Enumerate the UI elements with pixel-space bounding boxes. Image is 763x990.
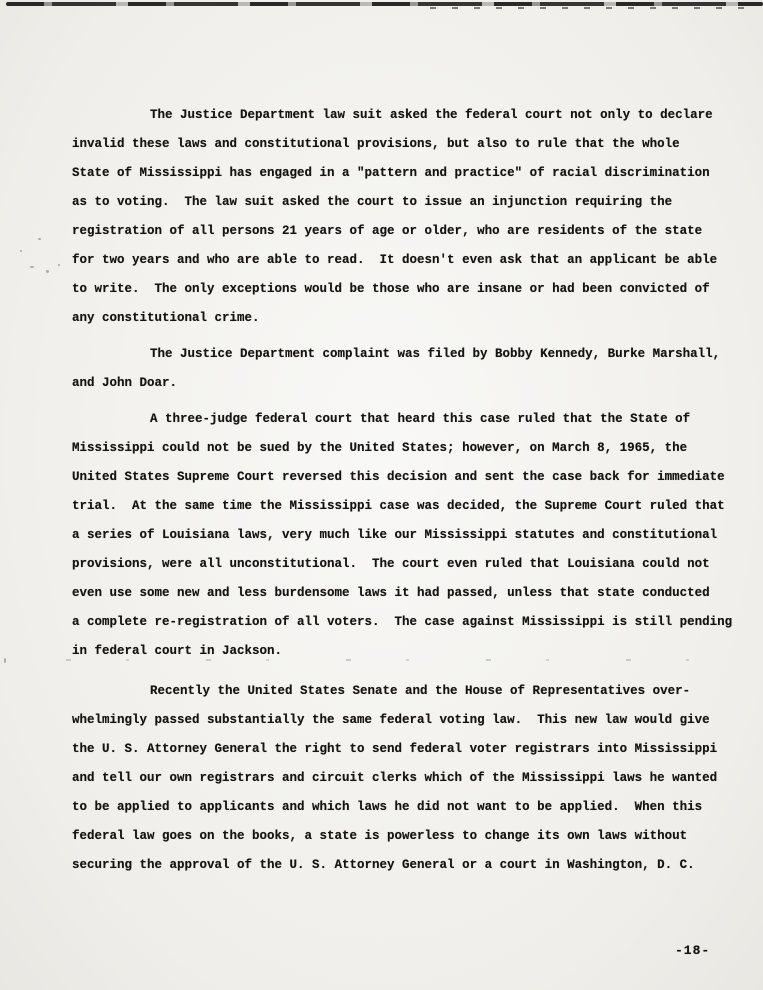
scan-speckle bbox=[46, 270, 49, 273]
paragraph-complaint-filers: The Justice Department complaint was fil… bbox=[72, 340, 740, 398]
text-line: and tell our own registrars and circuit … bbox=[72, 764, 740, 793]
text-line: provisions, were all unconstitutional. T… bbox=[72, 550, 740, 579]
paragraph-court-rulings: A three-judge federal court that heard t… bbox=[72, 405, 740, 666]
text-line: the U. S. Attorney General the right to … bbox=[72, 735, 740, 764]
text-line: invalid these laws and constitutional pr… bbox=[72, 130, 740, 159]
scan-speckle bbox=[4, 658, 6, 663]
scan-speckle bbox=[20, 250, 22, 252]
scan-smudge-row bbox=[66, 659, 733, 661]
scan-speckle bbox=[38, 238, 41, 240]
text-line: a series of Louisiana laws, very much li… bbox=[72, 521, 740, 550]
text-line: securing the approval of the U. S. Attor… bbox=[72, 851, 740, 880]
text-line: The Justice Department complaint was fil… bbox=[72, 340, 740, 369]
scan-speckle bbox=[30, 266, 34, 268]
text-line: United States Supreme Court reversed thi… bbox=[72, 463, 740, 492]
paragraph-lawsuit-demands: The Justice Department law suit asked th… bbox=[72, 101, 740, 333]
text-line: for two years and who are able to read. … bbox=[72, 246, 740, 275]
text-line: federal law goes on the books, a state i… bbox=[72, 822, 740, 851]
text-line: and John Doar. bbox=[72, 369, 740, 398]
text-line: State of Mississippi has engaged in a "p… bbox=[72, 159, 740, 188]
text-line: whelmingly passed substantially the same… bbox=[72, 706, 740, 735]
text-line: Mississippi could not be sued by the Uni… bbox=[72, 434, 740, 463]
text-line: registration of all persons 21 years of … bbox=[72, 217, 740, 246]
text-line: Recently the United States Senate and th… bbox=[72, 677, 740, 706]
scan-speckle bbox=[58, 264, 60, 266]
scan-artifact-top-edge-fragments bbox=[430, 7, 753, 9]
text-line: A three-judge federal court that heard t… bbox=[72, 405, 740, 434]
document-body: The Justice Department law suit asked th… bbox=[72, 101, 740, 880]
text-line: to be applied to applicants and which la… bbox=[72, 793, 740, 822]
page-number: -18- bbox=[675, 943, 710, 958]
text-line: even use some new and less burdensome la… bbox=[72, 579, 740, 608]
paragraph-federal-voting-law: Recently the United States Senate and th… bbox=[72, 677, 740, 880]
text-line: a complete re-registration of all voters… bbox=[72, 608, 740, 637]
text-line: to write. The only exceptions would be t… bbox=[72, 275, 740, 304]
scan-artifact-top-edge bbox=[6, 2, 763, 6]
text-line: any constitutional crime. bbox=[72, 304, 740, 333]
text-line: as to voting. The law suit asked the cou… bbox=[72, 188, 740, 217]
document-page: The Justice Department law suit asked th… bbox=[0, 0, 763, 990]
text-line: in federal court in Jackson. bbox=[72, 637, 740, 666]
text-line: The Justice Department law suit asked th… bbox=[72, 101, 740, 130]
text-line: trial. At the same time the Mississippi … bbox=[72, 492, 740, 521]
